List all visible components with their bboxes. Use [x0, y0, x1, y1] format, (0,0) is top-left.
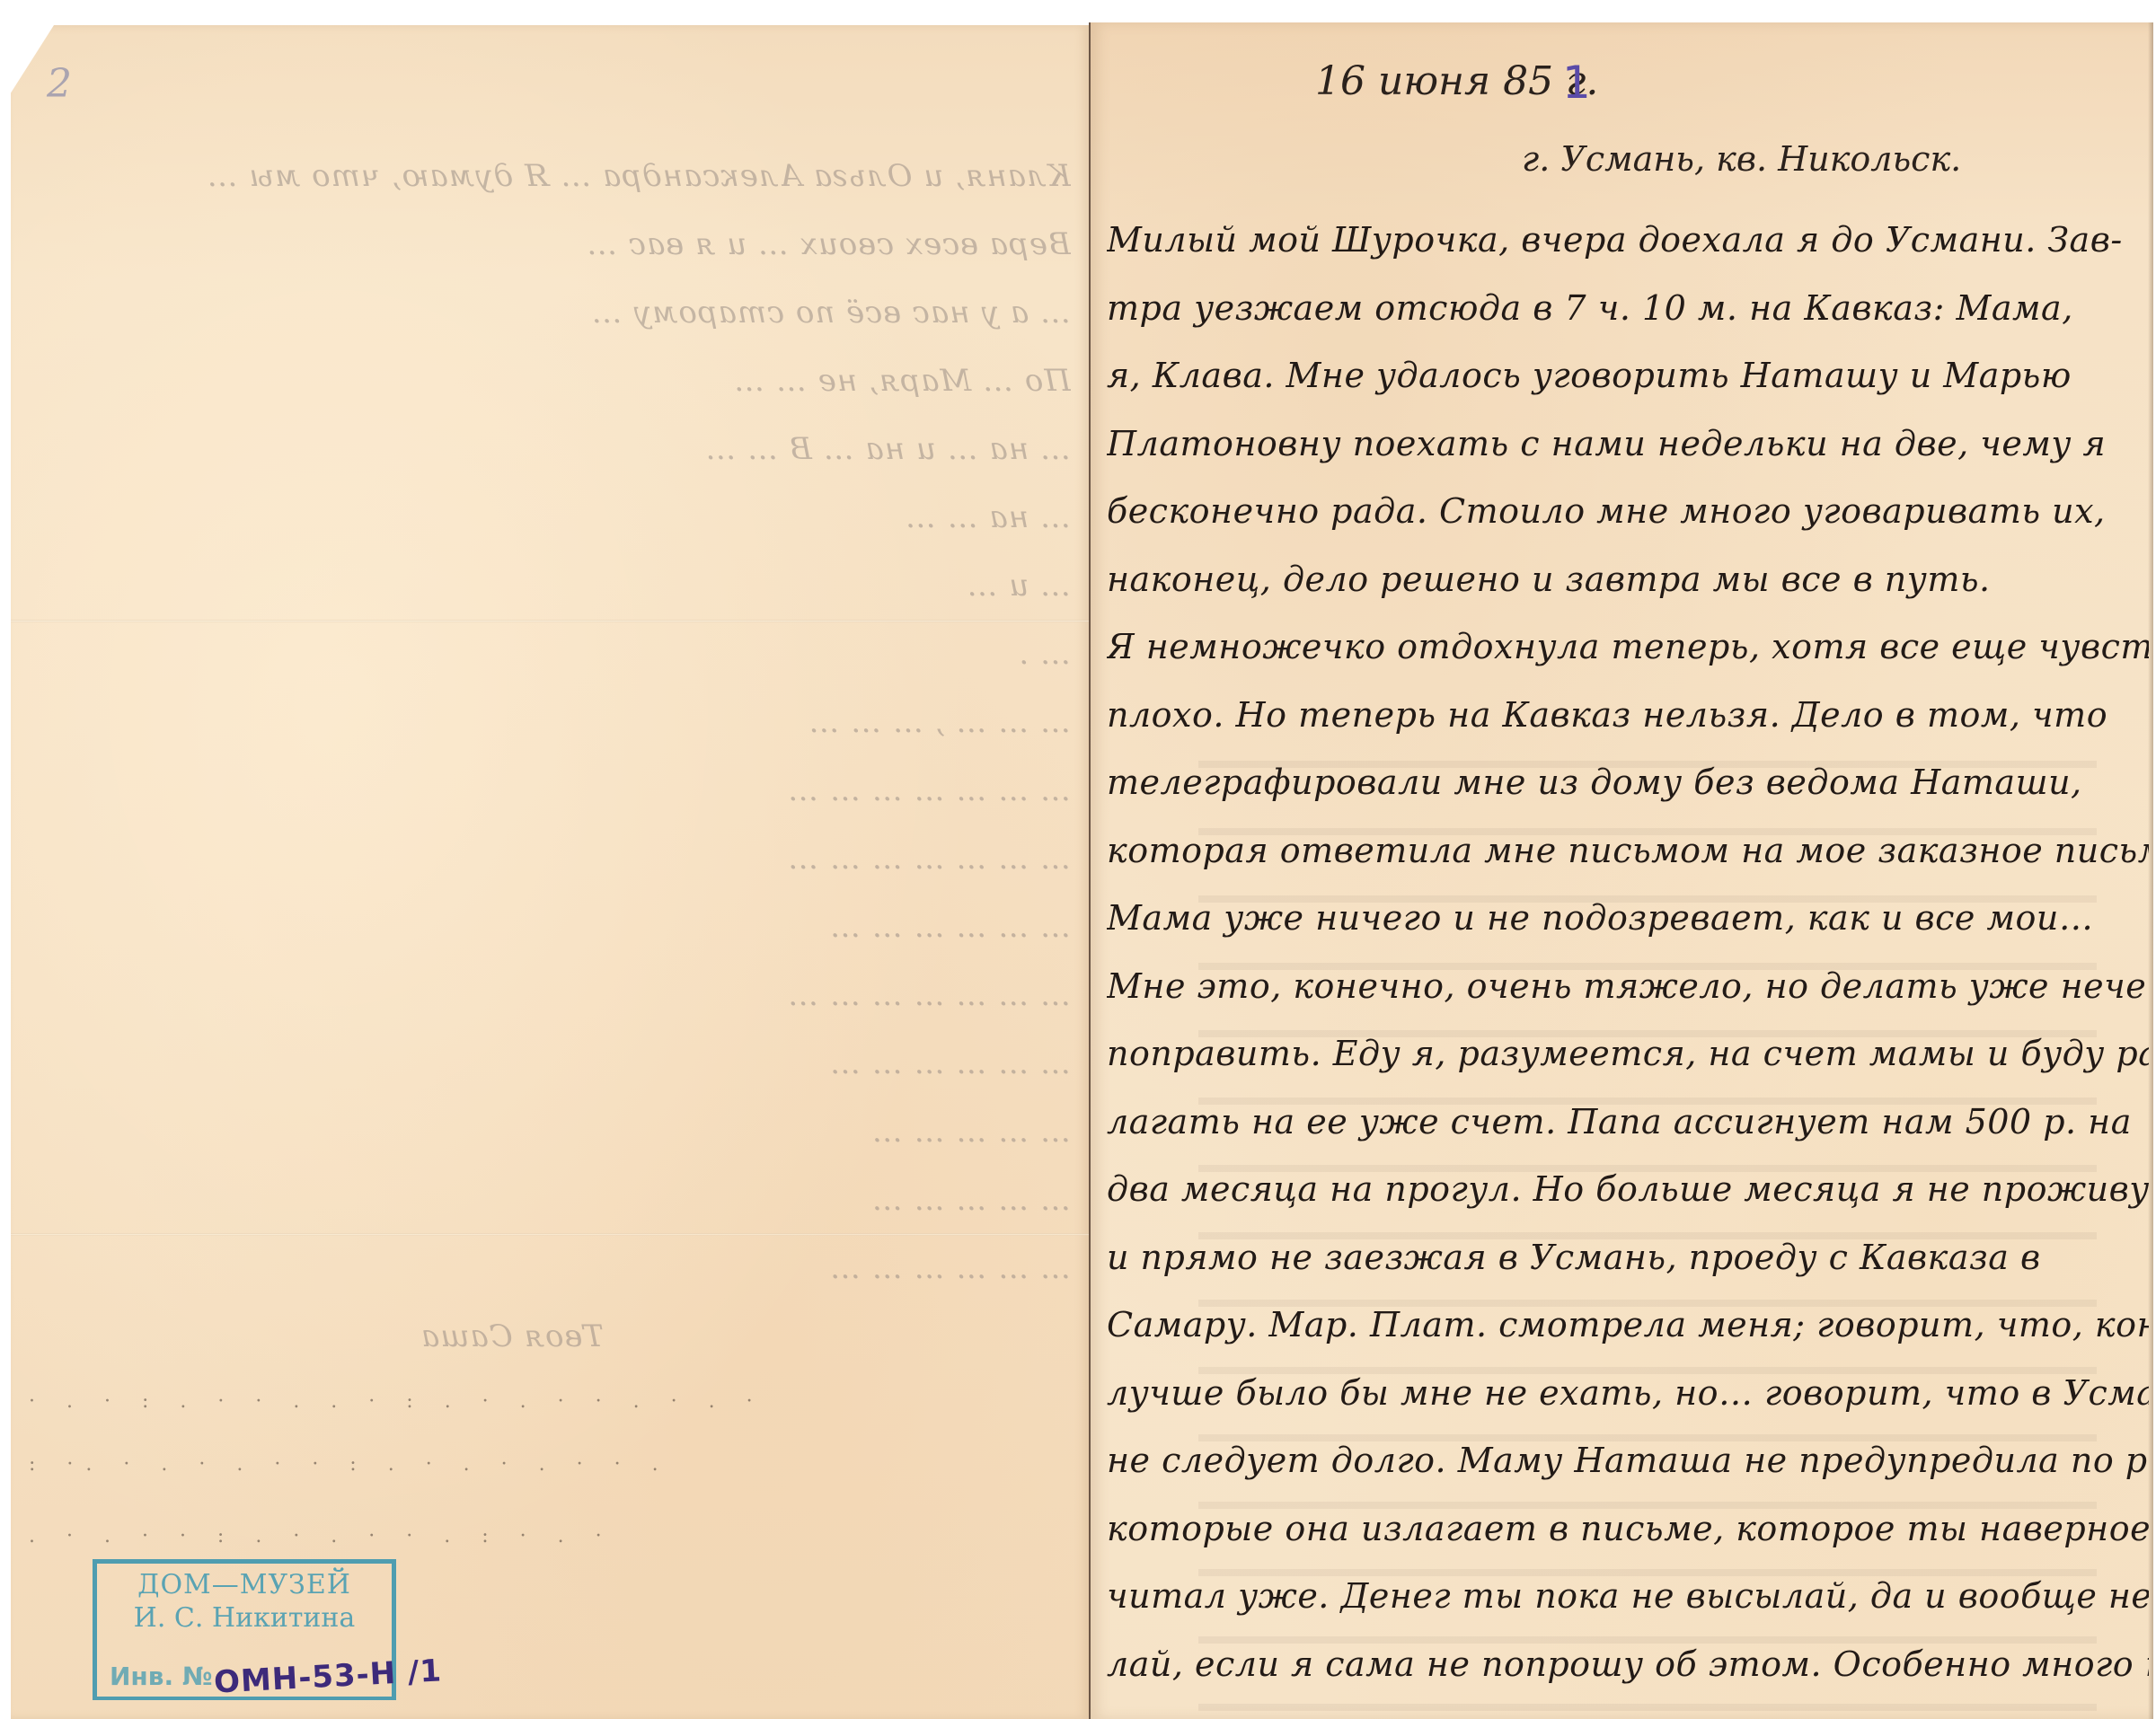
letter-line: поправить. Еду я, разумеется, на счет ма… [1107, 1020, 2149, 1089]
bleed-line: Вера всех своих … и я вас … [29, 210, 1071, 278]
bleed-line: … … … … … … … [29, 824, 1071, 893]
letter-line: не следует долго. Маму Наташа не предупр… [1107, 1427, 2149, 1495]
letter-line: два месяца на прогул. Но больше месяца я… [1107, 1156, 2149, 1224]
museum-inventory-stamp: ДОМ—МУЗЕЙ И. С. Никитина Инв. № ОМН-53-Н… [93, 1559, 396, 1700]
letter-line: читал уже. Денег ты пока не высылай, да … [1107, 1563, 2149, 1631]
letter-line: телеграфировали мне из дому без ведома Н… [1107, 749, 2149, 817]
bleed-line: … … … , … … … [29, 688, 1071, 756]
letter-line: Мама уже ничего и не подозревает, как и … [1107, 885, 2149, 953]
letter-line: Самару. Мар. Плат. смотрела меня; говори… [1107, 1291, 2149, 1360]
page-corner-mark: 2 [47, 61, 72, 107]
letter-address: г. Усмань, кв. Никольск. [1522, 139, 1961, 179]
stamp-museum-person: И. С. Никитина [97, 1602, 392, 1634]
ink-speckles: : ·. · . · . · · : . · . · . · · . [29, 1453, 927, 1471]
bleed-line: … … … … … … … [29, 961, 1071, 1029]
letter-line: Мне это, конечно, очень тяжело, но делат… [1107, 953, 2149, 1021]
bleed-through-text: Кланя, и Ольга Александра … Я думаю, что… [29, 142, 1071, 1371]
letter-line: лагать на ее уже счет. Папа ассигнует на… [1107, 1089, 2149, 1157]
letter-line: которые она излагает в письме, которое т… [1107, 1495, 2149, 1564]
letter-line: тра уезжаем отсюда в 7 ч. 10 м. на Кавка… [1107, 275, 2149, 343]
bleed-line: … … … … … … [29, 1234, 1071, 1302]
letter-line: лучше было бы мне не ехать, но… говорит,… [1107, 1360, 2149, 1428]
letter-line: наконец, дело решено и завтра мы все в п… [1107, 546, 2149, 614]
bleed-line: Кланя, и Ольга Александра … Я думаю, что… [29, 142, 1071, 210]
bleed-line: … . [29, 620, 1071, 688]
letter-line: лай, если я сама не попрошу об этом. Осо… [1107, 1631, 2149, 1699]
bleed-line: … … … … … … … [29, 756, 1071, 824]
bleed-line: … … … … … … [29, 893, 1071, 961]
bleed-line: … … … … … [29, 1098, 1071, 1166]
bleed-line: … и … [29, 551, 1071, 620]
letter-line: плохо. Но теперь на Кавказ нельзя. Дело … [1107, 682, 2149, 750]
letter-line: Милый мой Шурочка, вчера доехала я до Ус… [1107, 207, 2149, 275]
bleed-line: … на … … [29, 483, 1071, 551]
stamp-museum-name: ДОМ—МУЗЕЙ [97, 1569, 392, 1600]
bleed-line: … на … и на … В … … [29, 415, 1071, 483]
left-page-verso: 2 Кланя, и Ольга Александра … Я думаю, ч… [11, 25, 1089, 1719]
ink-speckles: · . · : . · · . . · : . · . · · . · . · [29, 1390, 927, 1408]
bleed-line: … а у нас всё по старому … [29, 278, 1071, 347]
stamp-inventory-label: Инв. № [110, 1662, 213, 1691]
letter-line: бесконечно рада. Стоило мне много уговар… [1107, 478, 2149, 546]
letter-line: которая ответила мне письмом на мое зака… [1107, 817, 2149, 886]
page-number-mark: 1 [1562, 57, 1591, 109]
bleed-line: … … … … … [29, 1166, 1071, 1234]
letter-line: я, Клава. Мне удалось уговорить Наташу и… [1107, 342, 2149, 410]
bleed-line: По … Маря, не … … [29, 347, 1071, 415]
letter-line: Платоновну поехать с нами недельки на дв… [1107, 410, 2149, 479]
bleed-signature: Твоя Саша [29, 1302, 1071, 1371]
letter-scan: 2 Кланя, и Ольга Александра … Я думаю, ч… [0, 0, 2156, 1719]
letter-date: 16 июня 85 г. [1315, 58, 1598, 104]
letter-line: Я немножечко отдохнула теперь, хотя все … [1107, 613, 2149, 682]
bleed-line: … … … … … … [29, 1029, 1071, 1098]
letter-line: и прямо не заезжая в Усмань, проеду с Ка… [1107, 1224, 2149, 1292]
letter-body: Милый мой Шурочка, вчера доехала я до Ус… [1107, 207, 2149, 1698]
right-page-recto: 16 июня 85 г. 1 г. Усмань, кв. Никольск.… [1089, 22, 2153, 1719]
ink-speckles: . · . · · : . · . · · . : · . · [29, 1525, 927, 1543]
